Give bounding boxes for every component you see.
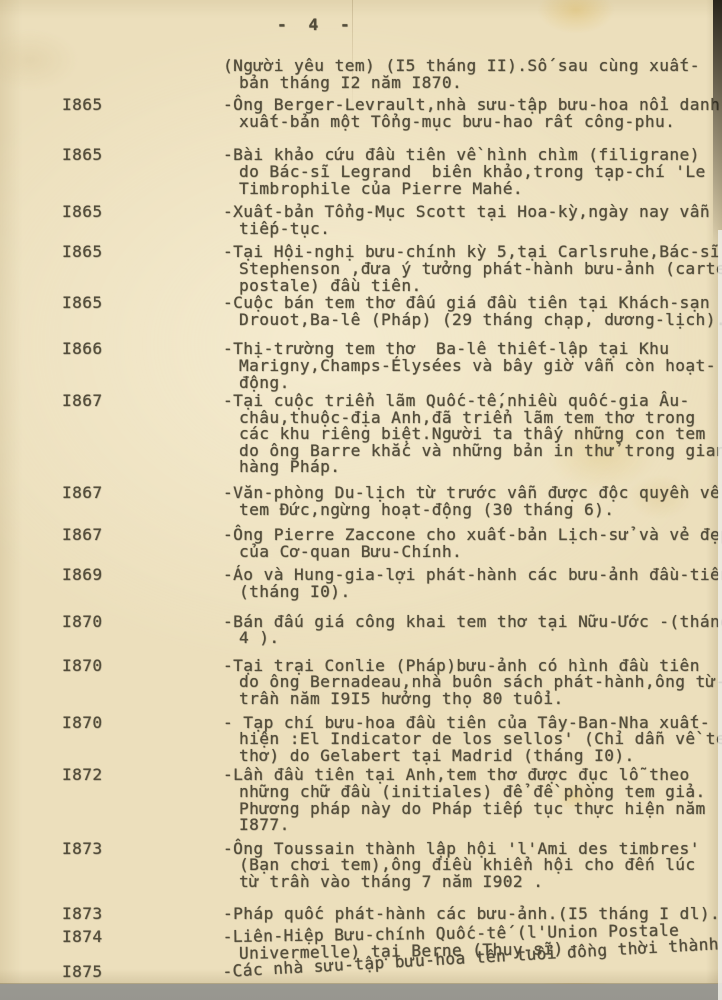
entry-year: I875 xyxy=(0,964,223,981)
timeline-entry: I866-Thị-trường tem thơ Ba-lê thiết-lập … xyxy=(0,341,722,391)
entry-year: I867 xyxy=(0,393,223,410)
entry-year: I873 xyxy=(0,906,223,923)
timeline-entry: I867-Văn-phòng Du-lịch từ trước vẫn được… xyxy=(0,485,722,518)
entry-text: -Văn-phòng Du-lịch từ trước vẫn được độc… xyxy=(223,485,720,518)
entry-year: I873 xyxy=(0,841,223,858)
entry-text: -Lần đầu tiên tại Anh,tem thơ được đục l… xyxy=(223,767,706,833)
timeline-entry: I873-Pháp quốc phát-hành các bưu-ảnh.(I5… xyxy=(0,906,722,923)
entry-year: I869 xyxy=(0,567,223,584)
timeline-entry: I875-Các nhà sưu-tập bưu-hoa tên tuổi đồ… xyxy=(0,964,722,981)
entry-year: I870 xyxy=(0,658,223,675)
entry-year: I865 xyxy=(0,147,223,164)
entry-text: (Người yêu tem) (I5 tháng II).Số sau cùn… xyxy=(223,58,700,91)
scan-edge-shadow xyxy=(713,0,722,260)
entry-text: -Bán đấu giá công khai tem thơ tại Nữu-Ư… xyxy=(223,614,722,647)
timeline-entry: I870-Tại trại Conlie (Pháp)bưu-ảnh có hì… xyxy=(0,658,722,708)
entry-year: I865 xyxy=(0,97,223,114)
timeline-entry: I865-Tại Hội-nghị bưu-chính kỳ 5,tại Car… xyxy=(0,244,722,294)
scanned-document-page: - 4 - (Người yêu tem) (I5 tháng II).Số s… xyxy=(0,0,722,1000)
entry-text: -Tại cuộc triển lãm Quốc-tế,nhiều quốc-g… xyxy=(223,393,722,476)
timeline-entry: I865-Xuất-bản Tổng-Mục Scott tại Hoa-kỳ,… xyxy=(0,204,722,237)
page-number: - 4 - xyxy=(277,17,356,34)
entry-year: I870 xyxy=(0,614,223,631)
timeline-entry: I872-Lần đầu tiên tại Anh,tem thơ được đ… xyxy=(0,767,722,833)
entry-text: -Cuộc bán tem thơ đấu giá đầu tiên tại K… xyxy=(223,295,722,328)
entry-text: -Pháp quốc phát-hành các bưu-ảnh.(I5 thá… xyxy=(223,906,720,923)
entry-text: -Tại Hội-nghị bưu-chính kỳ 5,tại Carlsru… xyxy=(223,244,722,294)
timeline-entry: I870-Bán đấu giá công khai tem thơ tại N… xyxy=(0,614,722,647)
timeline-entry: I865-Bài khảo cứu đầu tiên về hình chìm … xyxy=(0,147,722,197)
entry-text: -Ông Toussain thành lập hội 'l'Ami des t… xyxy=(223,841,700,891)
entry-text: -Ông Pierre Zaccone cho xuất-bản Lịch-sử… xyxy=(223,527,722,560)
entry-text: -Tại trại Conlie (Pháp)bưu-ảnh có hình đ… xyxy=(223,658,722,708)
timeline-entry: I865-Cuộc bán tem thơ đấu giá đầu tiên t… xyxy=(0,295,722,328)
entry-text: - Tạp chí bưu-hoa đầu tiên của Tây-Ban-N… xyxy=(223,715,722,765)
timeline-entry: I873-Ông Toussain thành lập hội 'l'Ami d… xyxy=(0,841,722,891)
timeline-entry: I865-Ông Berger-Levrault,nhà sưu-tập bưu… xyxy=(0,97,722,130)
entry-text: -Áo và Hung-gia-lợi phát-hành các bưu-ản… xyxy=(223,567,722,600)
philately-timeline: (Người yêu tem) (I5 tháng II).Số sau cùn… xyxy=(0,58,722,981)
entry-year: I872 xyxy=(0,767,223,784)
entry-year: I865 xyxy=(0,244,223,261)
entry-text: -Xuất-bản Tổng-Mục Scott tại Hoa-kỳ,ngày… xyxy=(223,204,710,237)
timeline-entry: I869-Áo và Hung-gia-lợi phát-hành các bư… xyxy=(0,567,722,600)
timeline-entry: (Người yêu tem) (I5 tháng II).Số sau cùn… xyxy=(0,58,722,91)
entry-year: I867 xyxy=(0,485,223,502)
timeline-entry: I870- Tạp chí bưu-hoa đầu tiên của Tây-B… xyxy=(0,715,722,765)
entry-text: -Ông Berger-Levrault,nhà sưu-tập bưu-hoa… xyxy=(223,97,720,130)
paper-edge xyxy=(718,230,722,1000)
entry-year: I867 xyxy=(0,527,223,544)
paper-sheet: - 4 - (Người yêu tem) (I5 tháng II).Số s… xyxy=(0,0,722,984)
entry-year: I866 xyxy=(0,341,223,358)
entry-year: I865 xyxy=(0,295,223,312)
entry-year: I865 xyxy=(0,204,223,221)
timeline-entry: I867-Tại cuộc triển lãm Quốc-tế,nhiều qu… xyxy=(0,393,722,476)
timeline-entry: I867-Ông Pierre Zaccone cho xuất-bản Lịc… xyxy=(0,527,722,560)
entry-year: I870 xyxy=(0,715,223,732)
entry-text: -Bài khảo cứu đầu tiên về hình chìm (fil… xyxy=(223,147,706,197)
entry-text: -Thị-trường tem thơ Ba-lê thiết-lập tại … xyxy=(223,341,716,391)
entry-year: I874 xyxy=(0,929,223,946)
